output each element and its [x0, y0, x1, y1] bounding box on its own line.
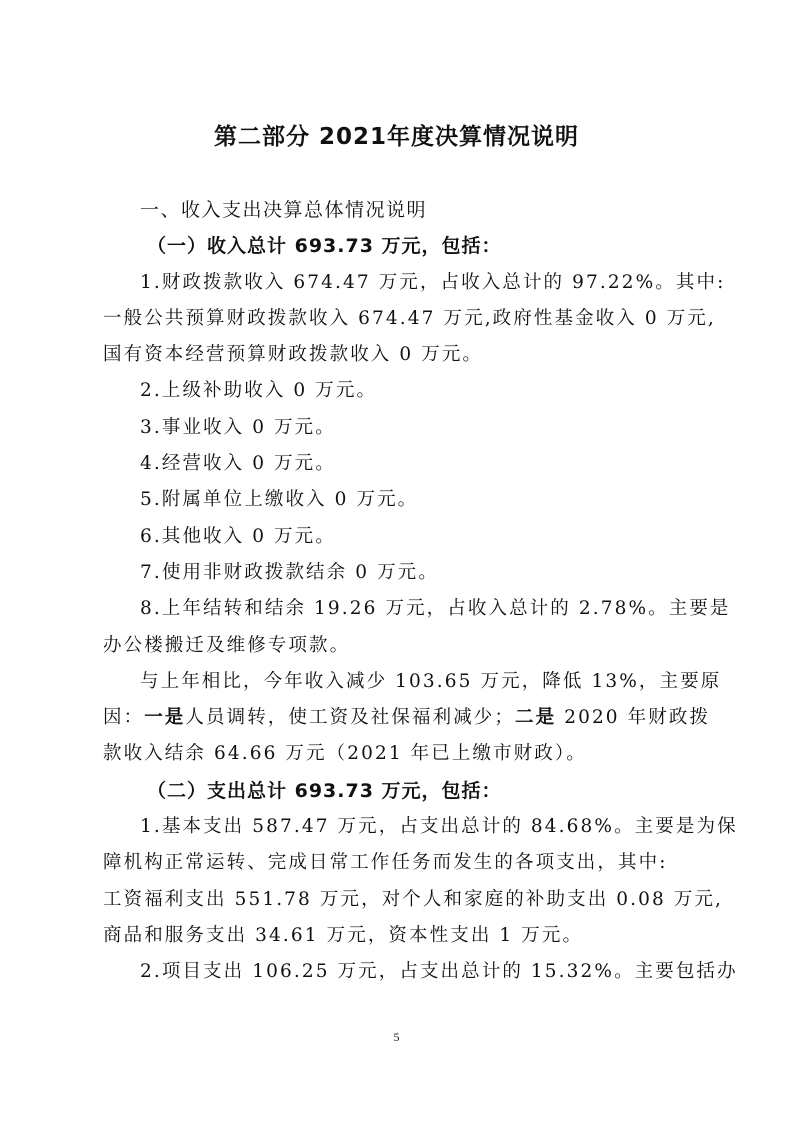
- paragraph-line: 3.事业收入 0 万元。: [103, 410, 693, 446]
- bold-text: 一是: [144, 707, 185, 728]
- paragraph-line: 2.上级补助收入 0 万元。: [103, 373, 693, 409]
- text-span: 人员调转，使工资及社保福利减少；: [185, 707, 515, 728]
- text-span: 2020 年财政拨: [556, 707, 710, 728]
- page-number: 5: [0, 1030, 793, 1045]
- text-span: 因：: [103, 707, 144, 728]
- paragraph-line: 与上年相比，今年收入减少 103.65 万元，降低 13%，主要原: [103, 664, 693, 700]
- page-title: 第二部分 2021年度决算情况说明: [0, 118, 793, 151]
- paragraph-line: 款收入结余 64.66 万元（2021 年已上缴市财政）。: [103, 736, 693, 772]
- paragraph-line: 国有资本经营预算财政拨款收入 0 万元。: [103, 337, 693, 373]
- paragraph-line: 2.项目支出 106.25 万元，占支出总计的 15.32%。主要包括办: [103, 954, 693, 990]
- bold-text: 二是: [515, 707, 556, 728]
- paragraph-line: 5.附属单位上缴收入 0 万元。: [103, 482, 693, 518]
- paragraph-line: 1.基本支出 587.47 万元，占支出总计的 84.68%。主要是为保: [103, 809, 693, 845]
- income-heading: （一）收入总计 693.73 万元，包括：: [103, 228, 693, 264]
- paragraph-line: 8.上年结转和结余 19.26 万元，占收入总计的 2.78%。主要是: [103, 591, 693, 627]
- paragraph-line: 工资福利支出 551.78 万元，对个人和家庭的补助支出 0.08 万元,: [103, 882, 693, 918]
- paragraph-line: 办公楼搬迁及维修专项款。: [103, 628, 693, 664]
- paragraph-line: 因：一是人员调转，使工资及社保福利减少；二是 2020 年财政拨: [103, 700, 693, 736]
- paragraph-line: 4.经营收入 0 万元。: [103, 446, 693, 482]
- section-heading: 一、收入支出决算总体情况说明: [103, 192, 693, 228]
- paragraph-line: 6.其他收入 0 万元。: [103, 519, 693, 555]
- paragraph-line: 障机构正常运转、完成日常工作任务而发生的各项支出，其中:: [103, 845, 693, 881]
- expense-heading: （二）支出总计 693.73 万元，包括：: [103, 773, 693, 809]
- paragraph-line: 1.财政拨款收入 674.47 万元，占收入总计的 97.22%。其中:: [103, 265, 693, 301]
- paragraph-line: 商品和服务支出 34.61 万元，资本性支出 1 万元。: [103, 918, 693, 954]
- document-body: 一、收入支出决算总体情况说明 （一）收入总计 693.73 万元，包括： 1.财…: [103, 192, 693, 991]
- paragraph-line: 一般公共预算财政拨款收入 674.47 万元,政府性基金收入 0 万元,: [103, 301, 693, 337]
- paragraph-line: 7.使用非财政拨款结余 0 万元。: [103, 555, 693, 591]
